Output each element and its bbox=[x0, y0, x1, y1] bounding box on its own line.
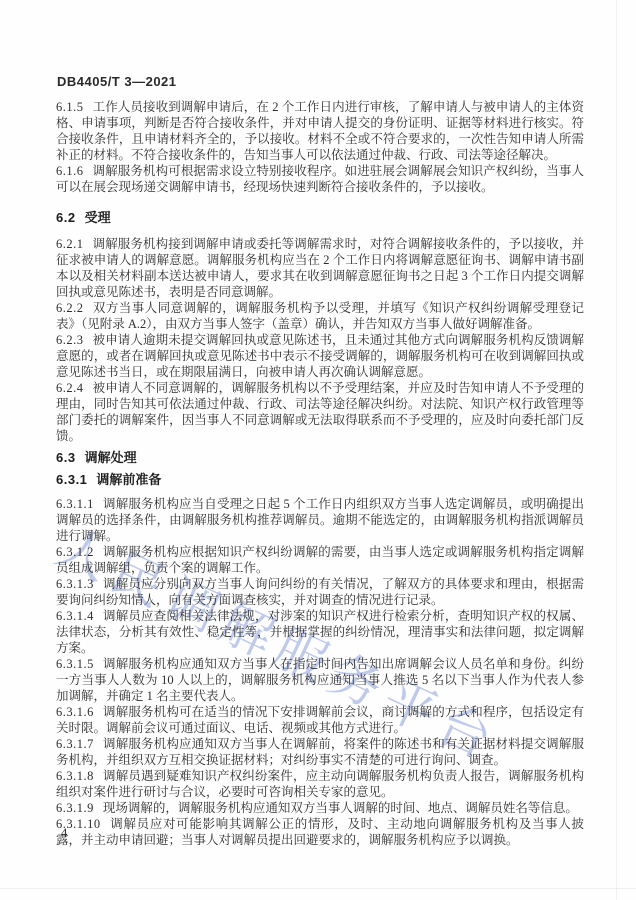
clause-text: 调解员应分别向双方当事人询问纠纷的有关情况，了解双方的具体要求和理由，根据需要询… bbox=[56, 577, 584, 607]
clause-6-3-1-2: 6.3.1.2调解服务机构应根据知识产权纠纷调解的需要，由当事人选定或调解服务机… bbox=[56, 544, 584, 576]
heading-number: 6.3.1 bbox=[56, 472, 87, 487]
clause-6-3-1-1: 6.3.1.1调解服务机构应当自受理之日起 5 个工作日内组织双方当事人选定调解… bbox=[56, 496, 584, 544]
clause-text: 调解服务机构应当自受理之日起 5 个工作日内组织双方当事人选定调解员，或明确提出… bbox=[56, 497, 584, 543]
scan-edge-line bbox=[616, 0, 617, 900]
section-heading-6-3: 6.3调解处理 bbox=[56, 449, 584, 466]
clause-6-2-2: 6.2.2双方当事人同意调解的，调解服务机构予以受理，并填写《知识产权纠纷调解受… bbox=[56, 300, 584, 332]
clause-number: 6.2.4 bbox=[56, 381, 84, 395]
heading-text: 受理 bbox=[85, 210, 111, 225]
clause-number: 6.3.1.1 bbox=[56, 497, 94, 511]
clause-number: 6.2.3 bbox=[56, 333, 84, 347]
clause-number: 6.2.1 bbox=[56, 237, 84, 251]
clause-text: 调解服务机构应通知双方当事人在指定时间内告知出席调解会议人员名单和身份。纠纷一方… bbox=[56, 657, 584, 703]
section-heading-6-2: 6.2受理 bbox=[56, 209, 584, 226]
clause-text: 调解员应对可能影响其调解公正的情形，及时、主动地向调解服务机构及当事人披露，并主… bbox=[56, 817, 584, 847]
clause-text: 被申请人逾期未提交调解回执或意见陈述书，且未通过其他方式向调解服务机构反馈调解意… bbox=[56, 333, 584, 379]
clause-6-3-1-5: 6.3.1.5调解服务机构应通知双方当事人在指定时间内告知出席调解会议人员名单和… bbox=[56, 656, 584, 704]
clause-6-3-1-10: 6.3.1.10调解员应对可能影响其调解公正的情形，及时、主动地向调解服务机构及… bbox=[56, 816, 584, 848]
clause-text: 调解服务机构应根据知识产权纠纷调解的需要，由当事人选定或调解服务机构指定调解员组… bbox=[56, 545, 584, 575]
heading-text: 调解前准备 bbox=[96, 472, 161, 487]
clause-6-3-1-6: 6.3.1.6调解服务机构可在适当的情况下安排调解前会议，商讨调解的方式和程序，… bbox=[56, 704, 584, 736]
clause-6-2-1: 6.2.1调解服务机构接到调解申请或委托等调解需求时，对符合调解接收条件的，予以… bbox=[56, 236, 584, 300]
clause-text: 现场调解的，调解服务机构应通知双方当事人调解的时间、地点、调解员姓名等信息。 bbox=[103, 801, 578, 815]
clause-text: 双方当事人同意调解的，调解服务机构予以受理，并填写《知识产权纠纷调解受理登记表》… bbox=[56, 301, 584, 331]
standard-number-header: DB4405/T 3—2021 bbox=[57, 74, 177, 89]
clause-6-3-1-8: 6.3.1.8调解员遇到疑难知识产权纠纷案件，应主动向调解服务机构负责人报告，调… bbox=[56, 768, 584, 800]
clause-text: 被申请人不同意调解的，调解服务机构以不予受理结案，并应及时告知申请人不予受理的理… bbox=[56, 381, 584, 443]
clause-6-3-1-3: 6.3.1.3调解员应分别向双方当事人询问纠纷的有关情况，了解双方的具体要求和理… bbox=[56, 576, 584, 608]
clause-6-1-5: 6.1.5工作人员接收到调解申请后，在 2 个工作日内进行审核，了解申请人与被申… bbox=[56, 99, 584, 163]
clause-6-1-6: 6.1.6调解服务机构可根据需求设立特别接收程序。如进驻展会调解展会知识产权纠纷… bbox=[56, 163, 584, 195]
clause-text: 调解服务机构应通知双方当事人在调解前，将案件的陈述书和有关证据材料提交调解服务机… bbox=[56, 737, 584, 767]
document-body: 6.1.5工作人员接收到调解申请后，在 2 个工作日内进行审核，了解申请人与被申… bbox=[56, 99, 584, 848]
scan-edge-line bbox=[0, 888, 636, 889]
clause-number: 6.1.6 bbox=[56, 164, 84, 178]
clause-number: 6.1.5 bbox=[56, 100, 84, 114]
section-heading-6-3-1: 6.3.1调解前准备 bbox=[56, 471, 584, 488]
clause-text: 调解员遇到疑难知识产权纠纷案件，应主动向调解服务机构负责人报告，调解服务机构组织… bbox=[56, 769, 584, 799]
clause-number: 6.3.1.9 bbox=[56, 801, 94, 815]
clause-number: 6.3.1.2 bbox=[56, 545, 94, 559]
clause-text: 工作人员接收到调解申请后，在 2 个工作日内进行审核，了解申请人与被申请人的主体… bbox=[56, 100, 584, 162]
document-page: 人民调解服务平台 DB4405/T 3—2021 6.1.5工作人员接收到调解申… bbox=[0, 0, 636, 900]
clause-text: 调解服务机构接到调解申请或委托等调解需求时，对符合调解接收条件的，予以接收，并征… bbox=[56, 237, 584, 299]
clause-number: 6.3.1.5 bbox=[56, 657, 94, 671]
clause-text: 调解服务机构可根据需求设立特别接收程序。如进驻展会调解展会知识产权纠纷，当事人可… bbox=[56, 164, 584, 194]
clause-text: 调解员应查阅相关法律法规，对涉案的知识产权进行检索分析，查明知识产权的权属、法律… bbox=[56, 609, 584, 655]
clause-number: 6.3.1.8 bbox=[56, 769, 94, 783]
clause-6-3-1-7: 6.3.1.7调解服务机构应通知双方当事人在调解前，将案件的陈述书和有关证据材料… bbox=[56, 736, 584, 768]
clause-number: 6.3.1.3 bbox=[56, 577, 94, 591]
clause-number: 6.3.1.6 bbox=[56, 705, 94, 719]
clause-number: 6.3.1.7 bbox=[56, 737, 94, 751]
heading-text: 调解处理 bbox=[85, 450, 137, 465]
clause-6-3-1-9: 6.3.1.9现场调解的，调解服务机构应通知双方当事人调解的时间、地点、调解员姓… bbox=[56, 800, 584, 816]
clause-text: 调解服务机构可在适当的情况下安排调解前会议，商讨调解的方式和程序，包括设定有关时… bbox=[56, 705, 584, 735]
clause-6-2-3: 6.2.3被申请人逾期未提交调解回执或意见陈述书，且未通过其他方式向调解服务机构… bbox=[56, 332, 584, 380]
clause-6-2-4: 6.2.4被申请人不同意调解的，调解服务机构以不予受理结案，并应及时告知申请人不… bbox=[56, 380, 584, 444]
page-number: 4 bbox=[61, 826, 67, 841]
clause-6-3-1-4: 6.3.1.4调解员应查阅相关法律法规，对涉案的知识产权进行检索分析，查明知识产… bbox=[56, 608, 584, 656]
heading-number: 6.2 bbox=[56, 210, 76, 225]
clause-number: 6.3.1.4 bbox=[56, 609, 94, 623]
heading-number: 6.3 bbox=[56, 450, 76, 465]
clause-number: 6.2.2 bbox=[56, 301, 84, 315]
